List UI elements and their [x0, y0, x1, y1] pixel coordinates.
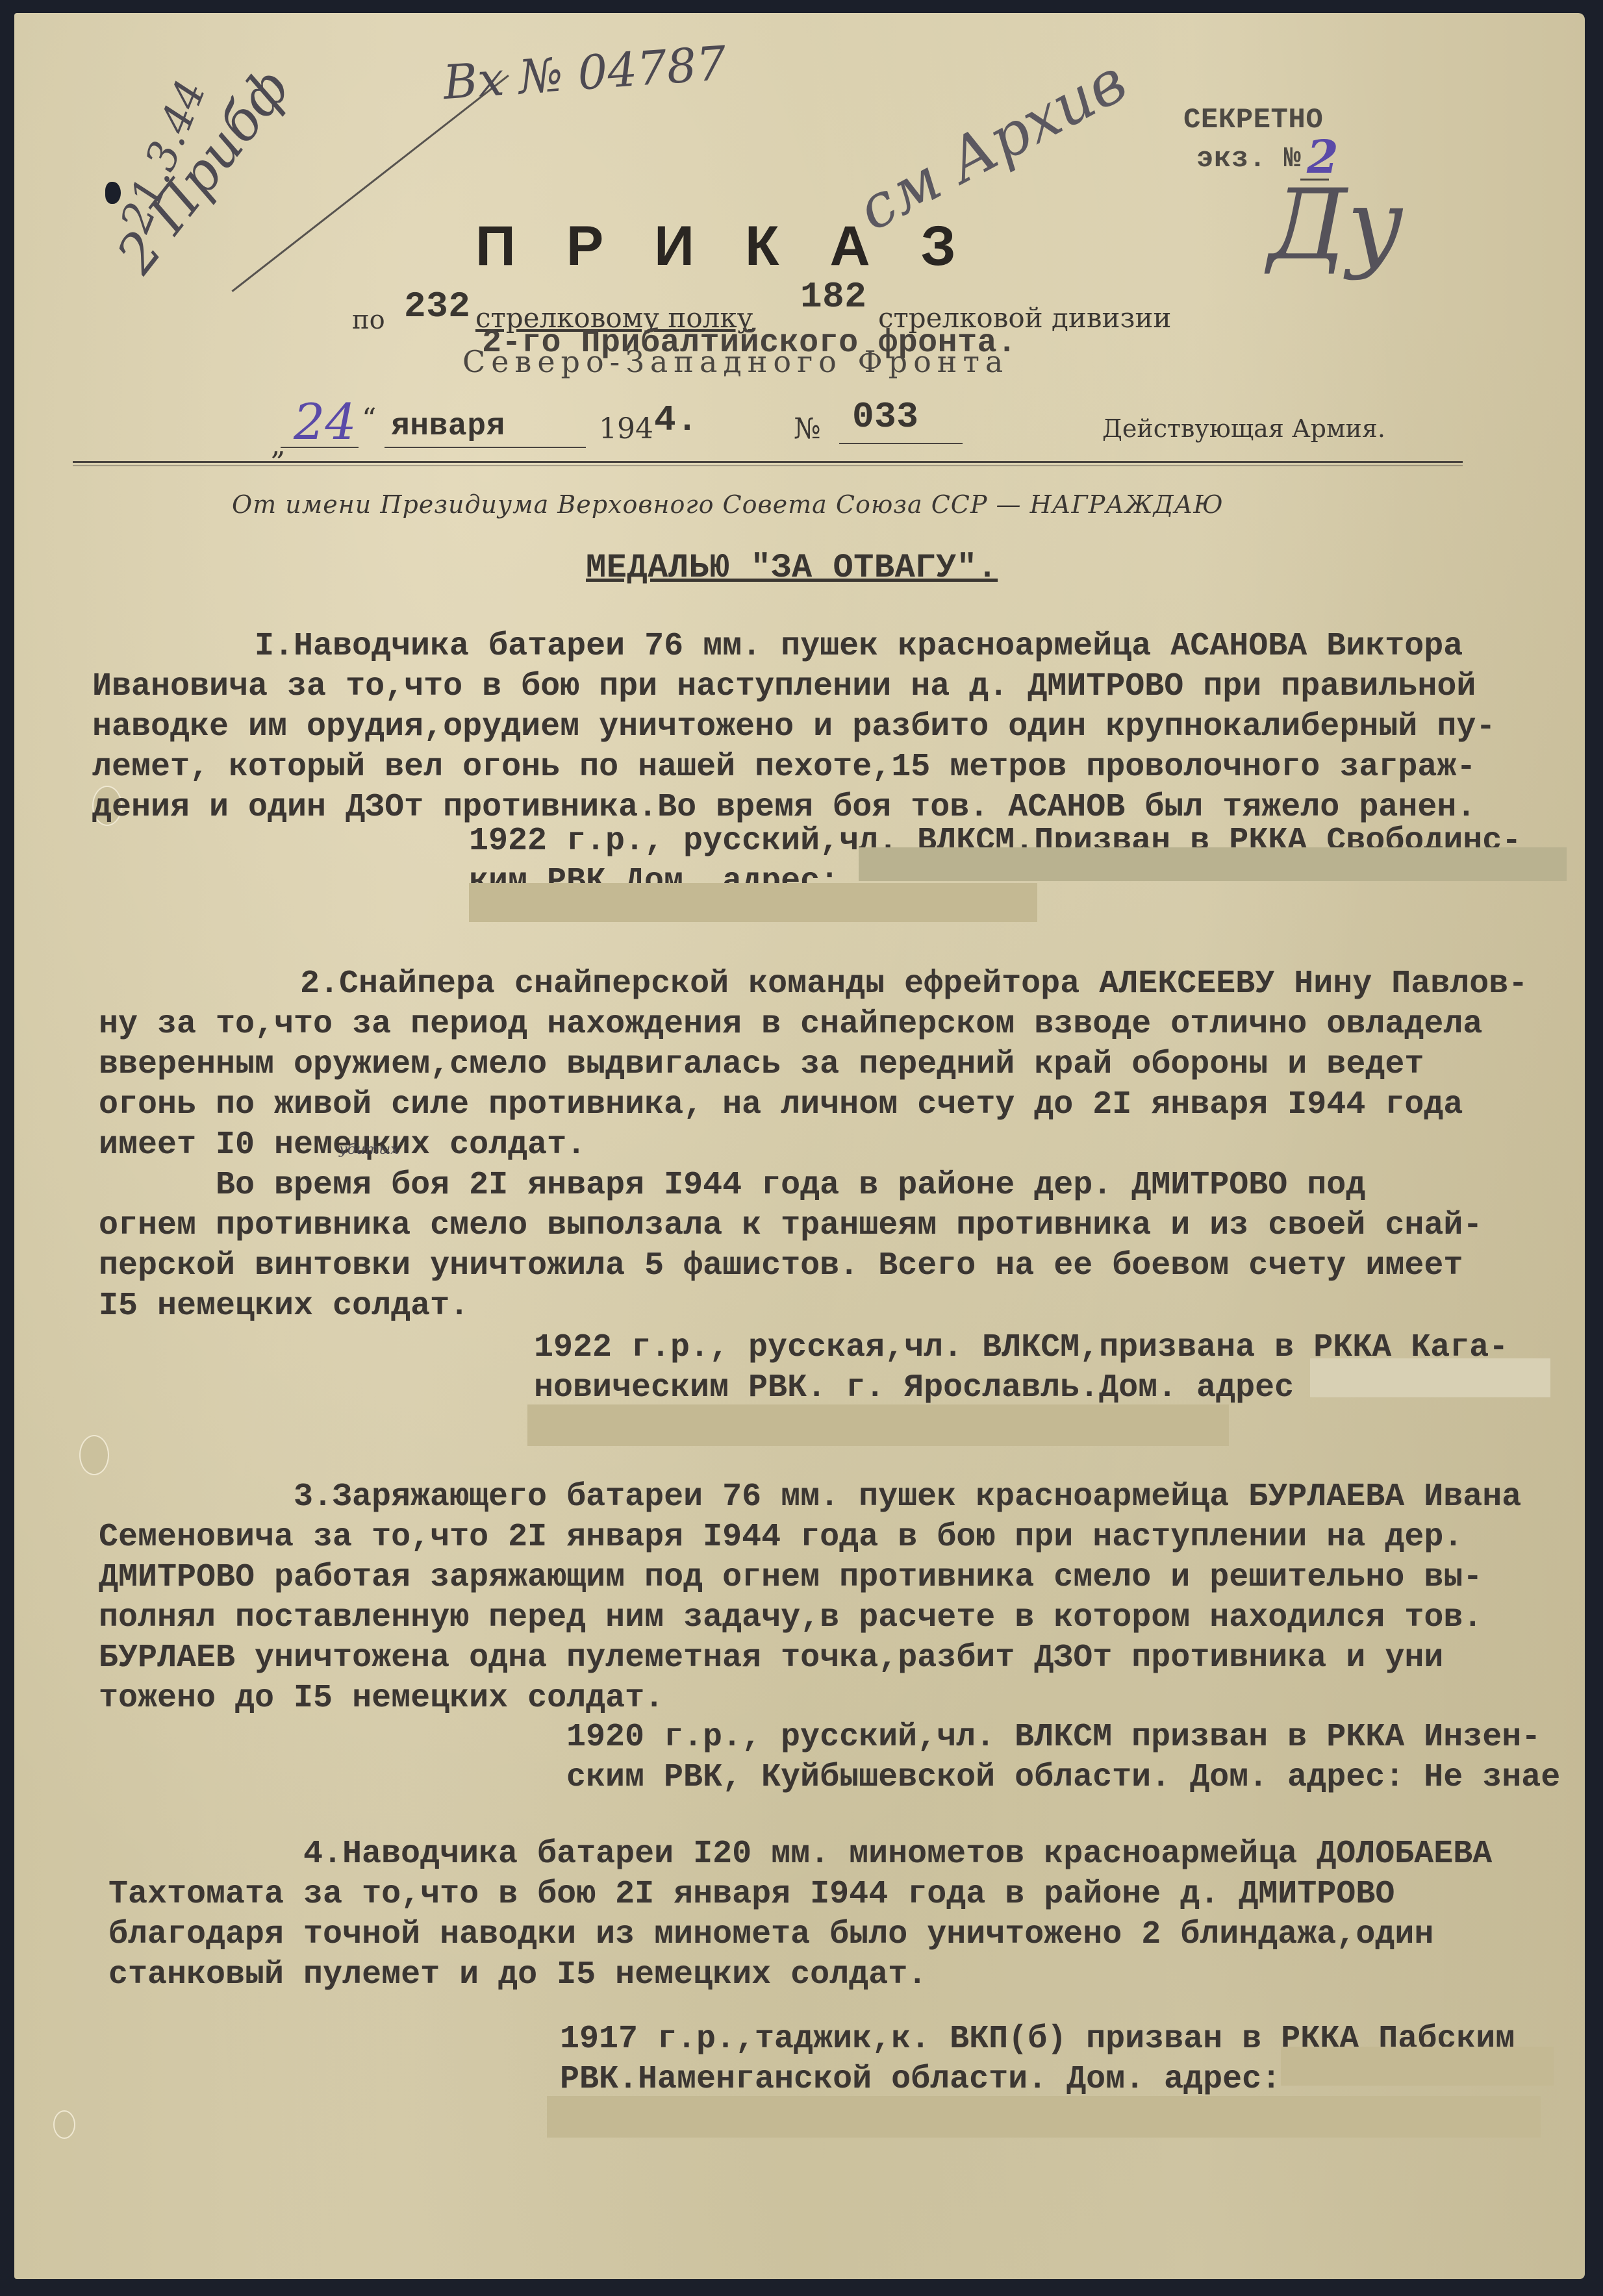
header-rule — [73, 461, 1463, 463]
redaction-block — [469, 883, 1037, 922]
entry-3-bio: 1920 г.р., русский,чл. ВЛКСМ призван в Р… — [566, 1717, 1560, 1798]
punch-hole — [79, 1435, 109, 1475]
front-printed: Северо-Западного Фронта — [462, 344, 1009, 379]
preamble: От имени Президиума Верховного Совета Со… — [232, 490, 1224, 519]
redaction-block — [1310, 1358, 1550, 1397]
entry-line: лемет, который вел огонь по нашей пехоте… — [92, 747, 1495, 788]
date-quote-open: „ — [271, 429, 286, 462]
bio-line: ским РВК, Куйбышевской области. Дом. адр… — [566, 1758, 1560, 1798]
hole-top — [105, 182, 121, 204]
right-signature: Ду — [1268, 169, 1404, 282]
date-year-suffix: 4. — [654, 399, 698, 441]
entry-line: 3.Заряжающего батареи 76 мм. пушек красн… — [99, 1477, 1521, 1517]
document-page: 2 Прибф 21.3.44 Вх № 04787 см Архив СЕКР… — [14, 13, 1585, 2279]
entry-line: 4.Наводчика батареи I20 мм. минометов кр… — [108, 1834, 1492, 1875]
entry-line: тожено до I5 немецких солдат. — [99, 1678, 1521, 1719]
order-number: 033 — [852, 396, 918, 438]
entry-line: ДМИТРОВО работая заряжающим под огнем пр… — [99, 1558, 1521, 1598]
entry-line: станковый пулемет и до I5 немецких солда… — [108, 1955, 1492, 1995]
entry-line: вверенным оружием,смело выдвигалась за п… — [99, 1045, 1528, 1085]
award-entry-2: 2.Снайпера снайперской команды ефрейтора… — [99, 964, 1528, 1327]
entry-line: Во время боя 2I января I944 года в район… — [99, 1166, 1528, 1206]
entry-line: БУРЛАЕВ уничтожена одна пулеметная точка… — [99, 1638, 1521, 1678]
date-day: 24 — [294, 393, 357, 451]
registry-number: Вх № 04787 — [442, 36, 728, 110]
day-underline — [281, 447, 359, 448]
date-month: января — [391, 409, 505, 444]
award-title: МЕДАЛЬЮ "ЗА ОТВАГУ". — [586, 549, 998, 587]
division-number: 182 — [800, 276, 866, 318]
punch-hole — [53, 2110, 75, 2139]
entry-line: ну за то,что за период нахождения в снай… — [99, 1004, 1528, 1045]
entry-line: Ивановича за то,что в бою при наступлени… — [92, 667, 1495, 707]
po-label: по — [352, 305, 385, 335]
page-title: ПРИКАЗ — [475, 214, 1006, 279]
entry-line: наводке им орудия,орудием уничтожено и р… — [92, 707, 1495, 747]
award-entry-3: 3.Заряжающего батареи 76 мм. пушек красн… — [99, 1477, 1521, 1719]
entry-line: перской винтовки уничтожила 5 фашистов. … — [99, 1246, 1528, 1286]
entry-line: благодаря точной наводки из миномета был… — [108, 1915, 1492, 1955]
secrecy-stamp: СЕКРЕТНО — [1183, 104, 1323, 136]
redaction-block — [527, 1404, 1229, 1446]
entry-line: Тахтомата за то,что в бою 2I января I944… — [108, 1875, 1492, 1915]
number-underline — [839, 443, 963, 444]
entry-line: 2.Снайпера снайперской команды ефрейтора… — [99, 964, 1528, 1004]
redaction-block — [859, 847, 1567, 881]
date-quote-close: “ — [362, 403, 377, 436]
entry-line: полнял поставленную перед ним задачу,в р… — [99, 1598, 1521, 1638]
entry-line: I.Наводчика батареи 76 мм. пушек красноа… — [92, 627, 1495, 667]
entry-line: огонь по живой силе противника, на лично… — [99, 1085, 1528, 1125]
handwritten-insert: убитых — [339, 1142, 399, 1158]
entry-line: огнем противника смело выползала к транш… — [99, 1206, 1528, 1246]
date-year-prefix: 194 — [599, 412, 653, 445]
redaction-block — [547, 2096, 1541, 2138]
bio-line: 1920 г.р., русский,чл. ВЛКСМ призван в Р… — [566, 1717, 1560, 1758]
header-rule-thin — [73, 466, 1463, 466]
entry-line: I5 немецких солдат. — [99, 1286, 1528, 1327]
army-label: Действующая Армия. — [1102, 414, 1385, 443]
regiment-number: 232 — [404, 286, 470, 327]
entry-line: Семеновича за то,что 2I января I944 года… — [99, 1517, 1521, 1558]
award-entry-1: I.Наводчика батареи 76 мм. пушек красноа… — [92, 627, 1495, 828]
number-label: № — [794, 412, 821, 445]
redaction-block — [1281, 2047, 1554, 2086]
entry-line: имеет I0 немецких солдат. — [99, 1125, 1528, 1166]
award-entry-4: 4.Наводчика батареи I20 мм. минометов кр… — [108, 1834, 1492, 1995]
month-underline — [385, 447, 586, 448]
